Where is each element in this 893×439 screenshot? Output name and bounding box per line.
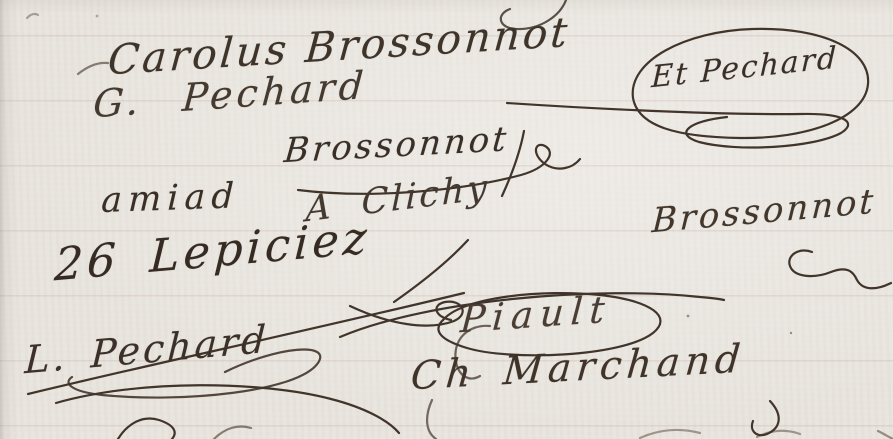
signature-et-pechard-circled: Et Pechard <box>651 40 839 95</box>
marchand-end-tail <box>752 401 779 435</box>
lepiciez-z-flourish <box>350 302 463 326</box>
signature-amiad: amiad <box>101 176 241 221</box>
ink-dot-2 <box>790 332 792 334</box>
next-line-tip-1 <box>640 430 700 438</box>
bottom-partial-sweep <box>56 385 399 433</box>
top-left-speck <box>27 14 38 18</box>
brossonnot-right-paraph <box>789 250 891 288</box>
ink-dot-3 <box>96 15 99 18</box>
signature-lepiciez: 26 Lepiciez <box>53 210 372 291</box>
scanned-register-page: Carolus Brossonnot G. Pechard Brossonnot… <box>0 0 893 439</box>
bottom-partial-glyph-2 <box>214 426 251 439</box>
next-line-tip-2 <box>757 431 800 437</box>
clichy-y-tail <box>394 240 468 302</box>
signature-piault: Piault <box>459 287 613 341</box>
et-pechard-flourish <box>507 103 848 148</box>
signature-brossonnot-right: Brossonnot <box>651 181 877 241</box>
signature-ch-marchand: Ch Marchand <box>409 336 747 399</box>
bottom-partial-glyph <box>118 419 175 439</box>
signature-l-pechard: L. Pechard <box>24 317 270 383</box>
bottom-corner-tip <box>878 431 893 439</box>
signature-brossonnot-center: Brossonnot <box>282 119 510 171</box>
ink-dot-1 <box>687 315 690 318</box>
carolus-lead-in-stroke <box>78 63 108 74</box>
marchand-descender <box>427 400 436 439</box>
